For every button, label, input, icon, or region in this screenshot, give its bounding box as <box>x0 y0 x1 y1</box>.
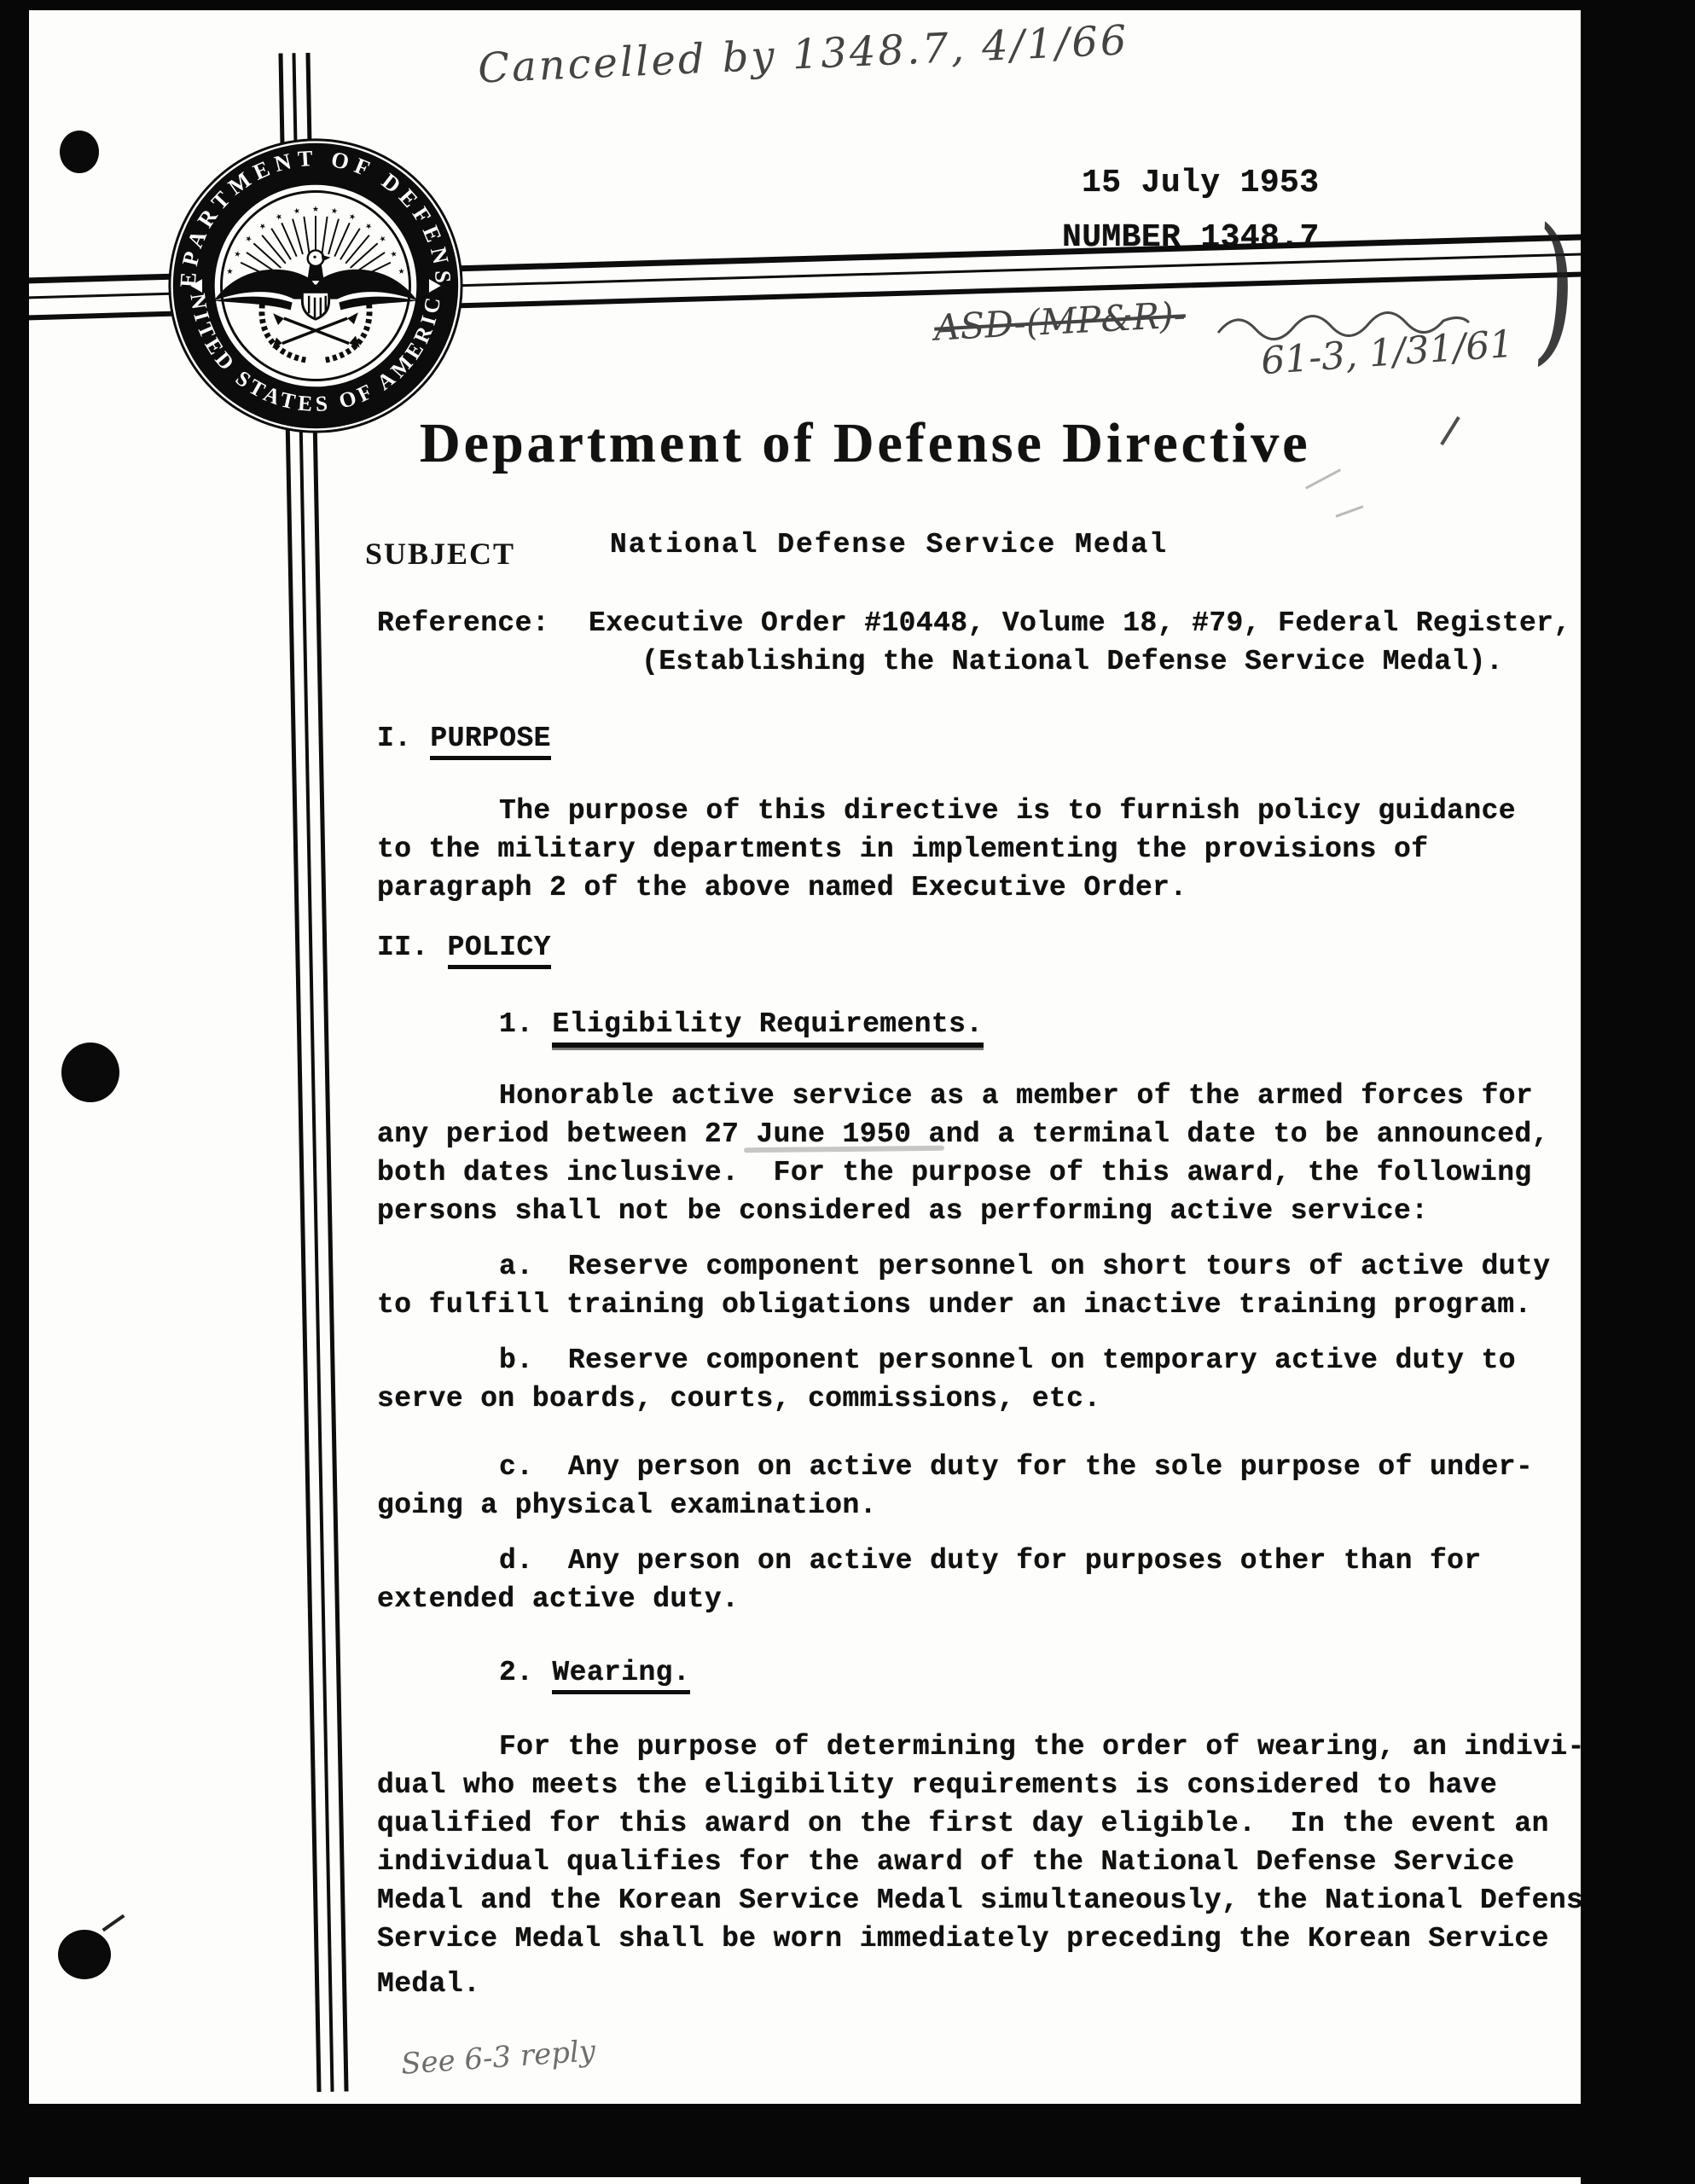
body-line: serve on boards, courts, commissions, et… <box>377 1380 1101 1418</box>
scan-border-left <box>0 0 29 2184</box>
scan-border-bottom <box>0 2104 1695 2177</box>
subject-label: SUBJECT <box>365 536 515 572</box>
body-line: For the purpose of determining the order… <box>499 1728 1585 1766</box>
body-line: to fulfill training obligations under an… <box>377 1286 1532 1324</box>
body-line: c. Any person on active duty for the sol… <box>499 1448 1533 1486</box>
body-line: extended active duty. <box>377 1580 739 1618</box>
svg-text:★: ★ <box>312 202 319 215</box>
subject-value: National Defense Service Medal <box>610 526 1168 564</box>
body-line: paragraph 2 of the above named Executive… <box>377 868 1187 907</box>
handwritten-bottom-note: See 6-3 reply <box>400 2034 596 2082</box>
dod-seal: DEPARTMENT OF DEFENSE UNITED STATES OF A… <box>165 136 466 436</box>
body-line: The purpose of this directive is to furn… <box>499 792 1516 830</box>
handwritten-cancellation-note: Cancelled by 1348.7, 4/1/66 <box>477 16 1129 92</box>
hole-punch-tail <box>102 1914 125 1931</box>
body-line: d. Any person on active duty for purpose… <box>499 1542 1482 1580</box>
body-line: Service Medal shall be worn immediately … <box>377 1920 1549 1958</box>
body-line: any period between 27 June 1950 and a te… <box>377 1115 1549 1153</box>
body-line: individual qualifies for the award of th… <box>377 1843 1514 1881</box>
wearing-heading: 2.Wearing. <box>499 1653 690 1692</box>
body-line: qualified for this award on the first da… <box>377 1804 1549 1843</box>
scan-border-top <box>0 0 1695 10</box>
reference-line-2: (Establishing the National Defense Servi… <box>641 642 1503 681</box>
pencil-mark <box>1336 505 1364 517</box>
body-line: Honorable active service as a member of … <box>499 1077 1533 1115</box>
document-page: DEPARTMENT OF DEFENSE UNITED STATES OF A… <box>0 0 1695 2184</box>
pen-tick-mark <box>1440 416 1460 445</box>
body-line: persons shall not be considered as perfo… <box>377 1192 1428 1230</box>
number-line: NUMBER 1348.7 <box>1062 218 1320 257</box>
body-line: a. Reserve component personnel on short … <box>499 1247 1550 1286</box>
body-line: to the military departments in implement… <box>377 830 1428 868</box>
body-line: Medal. <box>377 1965 480 2003</box>
body-line: going a physical examination. <box>377 1486 877 1525</box>
body-line: Medal and the Korean Service Medal simul… <box>377 1881 1600 1920</box>
reference-label: Reference: <box>377 604 549 642</box>
hole-punch-dot <box>58 1930 111 1979</box>
body-line: dual who meets the eligibility requireme… <box>377 1766 1497 1804</box>
handwritten-brace-mark: ) <box>1530 195 1581 384</box>
hole-punch-dot <box>61 1043 119 1102</box>
policy-heading: II.POLICY <box>377 928 551 967</box>
handwritten-routing-note: ASD-(MP&R)- <box>933 293 1187 348</box>
purpose-heading: I.PURPOSE <box>377 719 551 758</box>
date-line: 15 July 1953 <box>1082 164 1319 202</box>
hole-punch-dot <box>60 131 99 173</box>
body-line: b. Reserve component personnel on tempor… <box>499 1341 1516 1380</box>
scan-border-right <box>1581 0 1695 2184</box>
body-line: both dates inclusive. For the purpose of… <box>377 1153 1532 1192</box>
eligibility-heading: 1.Eligibility Requirements. <box>499 1005 984 1043</box>
page-title: Department of Defense Directive <box>420 411 1311 476</box>
reference-line-1: Executive Order #10448, Volume 18, #79, … <box>589 604 1571 642</box>
